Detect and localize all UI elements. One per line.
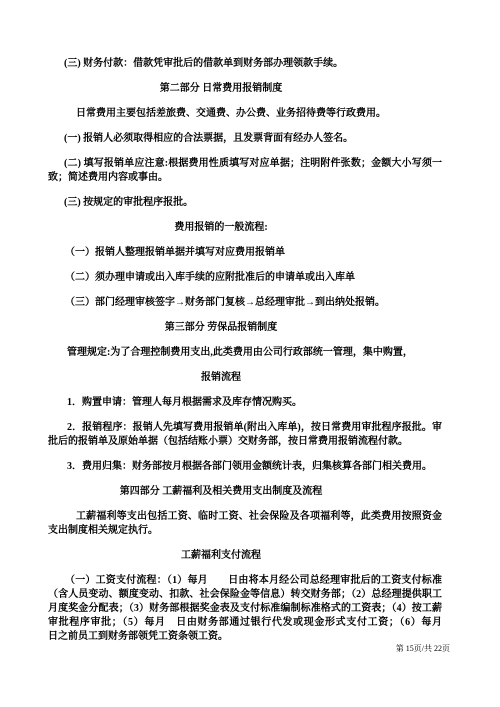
list-item: (一) 报销人必须取得相应的合法票据，且发票背面有经办人签名。 bbox=[48, 132, 442, 146]
section-heading: 第三部分 劳保品报销制度 bbox=[48, 321, 442, 335]
section-heading: 第二部分 日常费用报销制度 bbox=[48, 82, 442, 96]
list-item: (三) 按规定的审批程序报批。 bbox=[48, 196, 442, 210]
list-item: 2．报销程序：报销人先填写费用报销单(附出入库单)，按日常费用审批程序报批。审批… bbox=[48, 421, 442, 449]
document-body: (三) 财务付款：借款凭审批后的借款单到财务部办理领款手续。 第二部分 日常费用… bbox=[48, 57, 442, 655]
page-number: 第 15页/共 22页 bbox=[396, 643, 450, 654]
list-item: （三）部门经理审核签字→财务部门复核→总经理审批→到出纳处报销。 bbox=[48, 296, 442, 310]
list-item: （一）工资支付流程：（1）每月 日由将本月经公司总经理审批后的工资支付标准（含人… bbox=[48, 574, 442, 644]
list-item: （一）报销人整理报销单据并填写对应费用报销单 bbox=[48, 246, 442, 260]
section-heading: 费用报销的一般流程: bbox=[48, 221, 442, 235]
section-heading: 工薪福利支付流程 bbox=[48, 549, 442, 563]
body-paragraph: 管理规定:为了合理控制费用支出,此类费用由公司行政部统一管理，集中购置， bbox=[48, 346, 442, 360]
document-page: (三) 财务付款：借款凭审批后的借款单到财务部办理领款手续。 第二部分 日常费用… bbox=[0, 0, 500, 707]
body-paragraph: 日常费用主要包括差旅费、交通费、办公费、业务招待费等行政费用。 bbox=[48, 107, 442, 121]
section-heading: 第四部分 工薪福利及相关费用支出制度及流程 bbox=[48, 485, 442, 499]
list-item: （二）须办理申请或出入库手续的应附批准后的申请单或出入库单 bbox=[48, 271, 442, 285]
list-item: 3．费用归集：财务部按月根据各部门领用金额统计表，归集核算各部门相关费用。 bbox=[48, 460, 442, 474]
body-paragraph: 工薪福利等支出包括工资、临时工资、社会保险及各项福利等，此类费用按照资金支出制度… bbox=[48, 510, 442, 538]
list-item: (二) 填写报销单应注意:根据费用性质填写对应单据；注明附件张数；金额大小写须一… bbox=[48, 157, 442, 185]
list-item: 1．购置申请：管理人每月根据需求及库存情况购买。 bbox=[48, 396, 442, 410]
list-item: (三) 财务付款：借款凭审批后的借款单到财务部办理领款手续。 bbox=[48, 57, 442, 71]
section-heading: 报销流程 bbox=[48, 371, 442, 385]
